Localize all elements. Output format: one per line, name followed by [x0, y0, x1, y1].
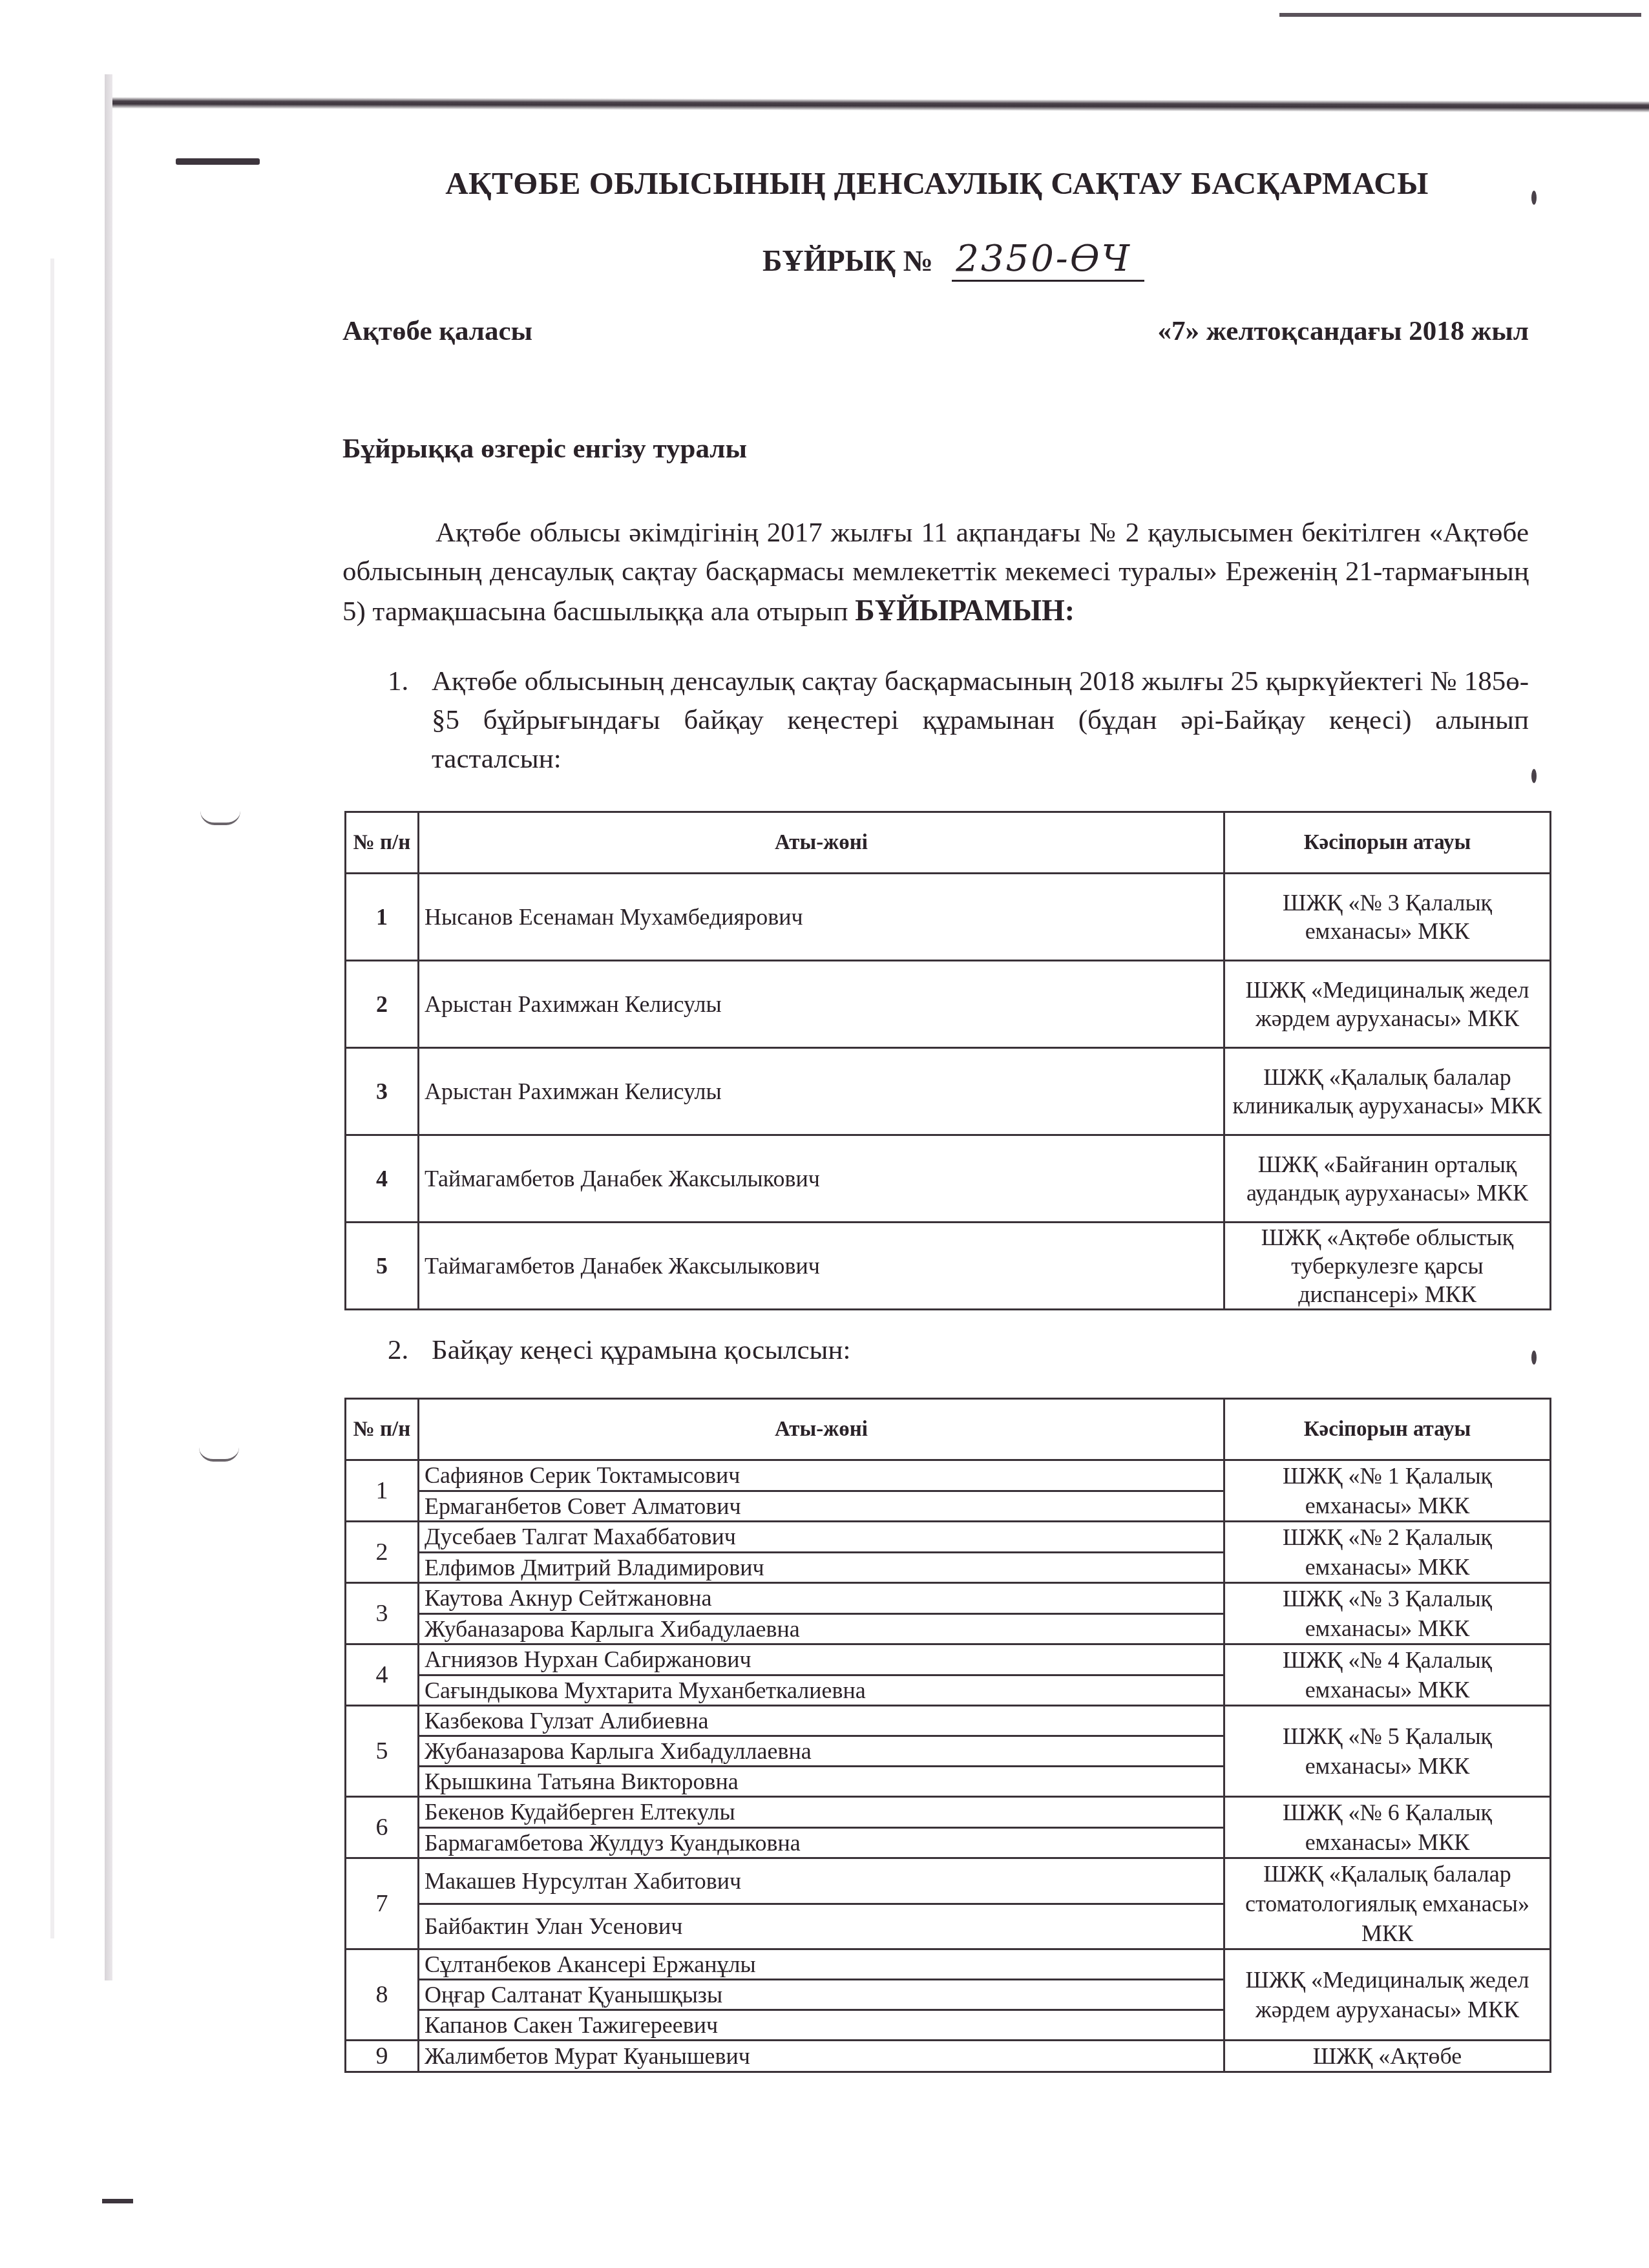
cell-num: 9	[346, 2041, 419, 2072]
table-row: 6Бекенов Кудайберген ЕлтекулыШЖҚ «№ 6 Қа…	[346, 1797, 1551, 1828]
city: Ақтөбе қаласы	[342, 315, 532, 347]
header-org: Кәсіпорын атауы	[1224, 1399, 1551, 1460]
cell-name: Бармагамбетова Жулдуз Куандыковна	[419, 1827, 1224, 1858]
item-number: 2.	[388, 1331, 408, 1370]
item-text: Байқау кеңесі құрамына қосылсын:	[432, 1331, 1529, 1370]
cell-org: ШЖҚ «Ақтөбе облыстық туберкулезге қарсы …	[1224, 1223, 1551, 1310]
table-row: 1Нысанов Есенаман МухамбедияровичШЖҚ «№ …	[346, 874, 1551, 961]
cell-num: 8	[346, 1949, 419, 2041]
cell-name: Агниязов Нурхан Сабиржанович	[419, 1644, 1224, 1675]
cell-name: Сағындыкова Мухтарита Муханбеткалиевна	[419, 1675, 1224, 1706]
cell-name: Капанов Сакен Тажигереевич	[419, 2010, 1224, 2041]
cell-name: Жалимбетов Мурат Куанышевич	[419, 2041, 1224, 2072]
cell-name: Сафиянов Серик Токтамысович	[419, 1460, 1224, 1491]
cell-name: Таймагамбетов Данабек Жаксылыкович	[419, 1135, 1224, 1223]
table-row: 7Макашев Нурсултан ХабитовичШЖҚ «Қалалық…	[346, 1858, 1551, 1904]
order-label: БҰЙРЫҚ №	[762, 244, 933, 277]
cell-org: ШЖҚ «Медициналық жедел жәрдем ауруханасы…	[1224, 961, 1551, 1048]
preamble-bold: БҰЙЫРАМЫН:	[855, 594, 1075, 627]
header-name: Аты-жөні	[419, 1399, 1224, 1460]
cell-num: 4	[346, 1135, 419, 1223]
cell-name: Дусебаев Талгат Махаббатович	[419, 1522, 1224, 1553]
preamble-paragraph: Ақтөбе облысы әкімдігінің 2017 жылғы 11 …	[342, 514, 1529, 631]
cell-org: ШЖҚ «№ 4 Қалалық емханасы» МКК	[1224, 1644, 1551, 1706]
table-header-row: № п/н Аты-жөні Кәсіпорын атауы	[346, 812, 1551, 874]
cell-name: Казбекова Гулзат Алибиевна	[419, 1706, 1224, 1736]
order-line: БҰЙРЫҚ № 2350-ӨЧ	[762, 238, 1144, 282]
cell-name: Макашев Нурсултан Хабитович	[419, 1858, 1224, 1904]
table-row: 3Арыстан Рахимжан КелисулыШЖҚ «Қалалық б…	[346, 1048, 1551, 1135]
cell-org: ШЖҚ «№ 3 Қалалық емханасы» МКК	[1224, 874, 1551, 961]
table-row: 5Казбекова Гулзат АлибиевнаШЖҚ «№ 5 Қала…	[346, 1706, 1551, 1736]
cell-num: 5	[346, 1706, 419, 1797]
cell-name: Нысанов Есенаман Мухамбедиярович	[419, 874, 1224, 961]
cell-name: Жубаназарова Карлыга Хибадулаевна	[419, 1613, 1224, 1644]
table-row: 8Сұлтанбеков Акансері ЕржанұлыШЖҚ «Медиц…	[346, 1949, 1551, 1980]
cell-org: ШЖҚ «№ 6 Қалалық емханасы» МКК	[1224, 1797, 1551, 1858]
header-num: № п/н	[346, 812, 419, 874]
table-row: 4Агниязов Нурхан СабиржановичШЖҚ «№ 4 Қа…	[346, 1644, 1551, 1675]
removed-members-table: № п/н Аты-жөні Кәсіпорын атауы 1Нысанов …	[344, 811, 1551, 1310]
table-row: 3Каутова Акнур СейтжановнаШЖҚ «№ 3 Қалал…	[346, 1583, 1551, 1614]
order-date: «7» желтоқсандағы 2018 жыл	[1157, 315, 1529, 347]
cell-name: Сұлтанбеков Акансері Ержанұлы	[419, 1949, 1224, 1980]
cell-num: 7	[346, 1858, 419, 1949]
cell-name: Арыстан Рахимжан Келисулы	[419, 1048, 1224, 1135]
item-number: 1.	[388, 662, 408, 701]
header-name: Аты-жөні	[419, 812, 1224, 874]
cell-org: ШЖҚ «Ақтөбе	[1224, 2041, 1551, 2072]
cell-num: 3	[346, 1048, 419, 1135]
cell-name: Арыстан Рахимжан Келисулы	[419, 961, 1224, 1048]
cell-name: Таймагамбетов Данабек Жаксылыкович	[419, 1223, 1224, 1310]
cell-name: Бекенов Кудайберген Елтекулы	[419, 1797, 1224, 1828]
cell-num: 1	[346, 874, 419, 961]
cell-name: Жубаназарова Карлыга Хибадуллаевна	[419, 1736, 1224, 1767]
cell-org: ШЖҚ «№ 2 Қалалық емханасы» МКК	[1224, 1522, 1551, 1583]
table-row: 2Арыстан Рахимжан КелисулыШЖҚ «Медицинал…	[346, 961, 1551, 1048]
cell-num: 3	[346, 1583, 419, 1644]
cell-name: Оңғар Салтанат Қуанышқызы	[419, 1980, 1224, 2010]
cell-org: ШЖҚ «Қалалық балалар стоматологиялық емх…	[1224, 1858, 1551, 1949]
cell-org: ШЖҚ «№ 3 Қалалық емханасы» МКК	[1224, 1583, 1551, 1644]
cell-name: Крышкина Татьяна Викторовна	[419, 1767, 1224, 1797]
order-item-1: 1. Ақтөбе облысының денсаулық сақтау бас…	[388, 662, 1529, 779]
item-text: Ақтөбе облысының денсаулық сақтау басқар…	[432, 662, 1529, 779]
cell-name: Елфимов Дмитрий Владимирович	[419, 1552, 1224, 1583]
cell-name: Байбактин Улан Усенович	[419, 1904, 1224, 1949]
added-members-table: № п/н Аты-жөні Кәсіпорын атауы 1Сафиянов…	[344, 1398, 1551, 2073]
order-subject: Бұйрыққа өзгеріс енгізу туралы	[342, 433, 747, 465]
table-row: 9Жалимбетов Мурат КуанышевичШЖҚ «Ақтөбе	[346, 2041, 1551, 2072]
table-header-row: № п/н Аты-жөні Кәсіпорын атауы	[346, 1399, 1551, 1460]
cell-org: ШЖҚ «№ 1 Қалалық емханасы» МКК	[1224, 1460, 1551, 1522]
cell-name: Каутова Акнур Сейтжановна	[419, 1583, 1224, 1614]
table-row: 4Таймагамбетов Данабек ЖаксылыковичШЖҚ «…	[346, 1135, 1551, 1223]
cell-org: ШЖҚ «Байғанин орталық аудандық ауруханас…	[1224, 1135, 1551, 1223]
organization-title: АҚТӨБЕ ОБЛЫСЫНЫҢ ДЕНСАУЛЫҚ САҚТАУ БАСҚАР…	[407, 165, 1467, 202]
order-number-handwritten: 2350-ӨЧ	[952, 238, 1144, 282]
header-org: Кәсіпорын атауы	[1224, 812, 1551, 874]
order-item-2: 2. Байқау кеңесі құрамына қосылсын:	[388, 1331, 1529, 1370]
cell-org: ШЖҚ «Қалалық балалар клиникалық аурухана…	[1224, 1048, 1551, 1135]
cell-org: ШЖҚ «№ 5 Қалалық емханасы» МКК	[1224, 1706, 1551, 1797]
cell-num: 4	[346, 1644, 419, 1706]
table-row: 2Дусебаев Талгат МахаббатовичШЖҚ «№ 2 Қа…	[346, 1522, 1551, 1553]
cell-name: Ермаганбетов Совет Алматович	[419, 1491, 1224, 1522]
header-num: № п/н	[346, 1399, 419, 1460]
table-row: 1Сафиянов Серик ТоктамысовичШЖҚ «№ 1 Қал…	[346, 1460, 1551, 1491]
cell-num: 1	[346, 1460, 419, 1522]
cell-num: 6	[346, 1797, 419, 1858]
cell-num: 5	[346, 1223, 419, 1310]
cell-num: 2	[346, 961, 419, 1048]
table-row: 5Таймагамбетов Данабек ЖаксылыковичШЖҚ «…	[346, 1223, 1551, 1310]
cell-num: 2	[346, 1522, 419, 1583]
document-page: АҚТӨБЕ ОБЛЫСЫНЫҢ ДЕНСАУЛЫҚ САҚТАУ БАСҚАР…	[0, 0, 1649, 2268]
cell-org: ШЖҚ «Медициналық жедел жәрдем ауруханасы…	[1224, 1949, 1551, 2041]
